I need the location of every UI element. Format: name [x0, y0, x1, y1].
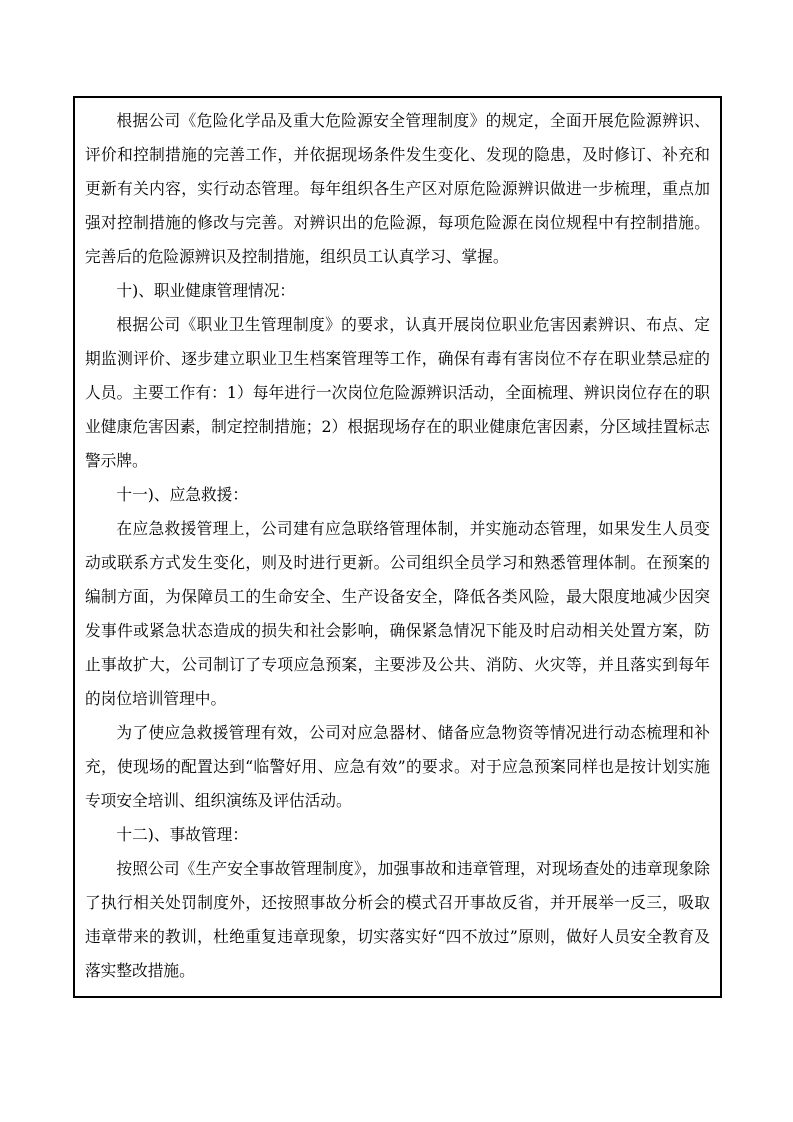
section-heading: 十二)、事故管理： [85, 818, 710, 852]
paragraph: 在应急救援管理上，公司建有应急联络管理体制，并实施动态管理，如果发生人员变动或联… [85, 512, 710, 716]
document-content-box: 根据公司《危险化学品及重大危险源安全管理制度》的规定，全面开展危险源辨识、评价和… [73, 96, 722, 998]
section-heading: 十三)、绩效评定和持续改进： [85, 988, 710, 998]
paragraph: 根据公司《危险化学品及重大危险源安全管理制度》的规定，全面开展危险源辨识、评价和… [85, 104, 710, 274]
section-heading: 十)、职业健康管理情况： [85, 274, 710, 308]
document-body: 根据公司《危险化学品及重大危险源安全管理制度》的规定，全面开展危险源辨识、评价和… [85, 104, 710, 998]
section-heading: 十一)、应急救援： [85, 478, 710, 512]
document-page: 根据公司《危险化学品及重大危险源安全管理制度》的规定，全面开展危险源辨识、评价和… [0, 0, 793, 1122]
paragraph: 为了使应急救援管理有效，公司对应急器材、储备应急物资等情况进行动态梳理和补充，使… [85, 716, 710, 818]
paragraph: 根据公司《职业卫生管理制度》的要求，认真开展岗位职业危害因素辨识、布点、定期监测… [85, 308, 710, 478]
paragraph: 按照公司《生产安全事故管理制度》，加强事故和违章管理，对现场查处的违章现象除了执… [85, 852, 710, 988]
